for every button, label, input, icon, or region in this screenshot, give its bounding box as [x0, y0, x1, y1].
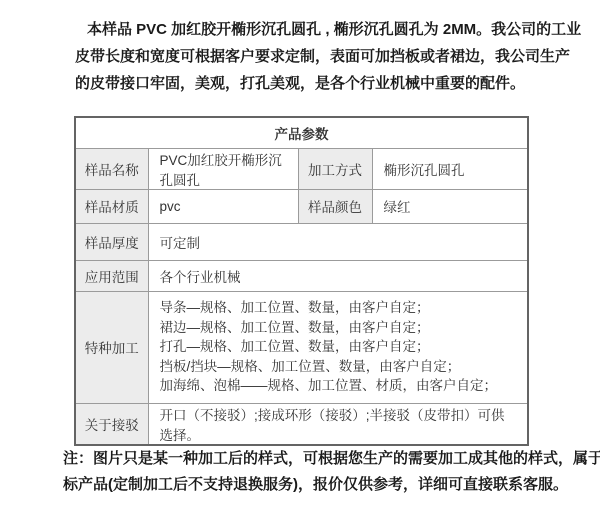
application-scope-label: 应用范围: [75, 260, 148, 291]
product-detail-page: 本样品 PVC 加红胶开椭形沉孔圆孔 , 椭形沉孔圆孔为 2MM。我公司的工业 …: [0, 0, 600, 505]
table-row: 应用范围 各个行业机械: [75, 260, 528, 291]
special-processing-line: 导条—规格、加工位置、数量，由客户自定；: [160, 298, 517, 318]
intro-paragraph: 本样品 PVC 加红胶开椭形沉孔圆孔 , 椭形沉孔圆孔为 2MM。我公司的工业 …: [75, 16, 533, 97]
intro-line: 皮带长度和宽度可根据客户要求定制，表面可加挡板或者裙边，我公司生产: [75, 43, 533, 70]
special-processing-value: 导条—规格、加工位置、数量，由客户自定； 裙边—规格、加工位置、数量，由客户自定…: [148, 291, 528, 403]
sample-name-value: PVC加红胶开椭形沉孔圆孔: [148, 148, 298, 189]
note-line: 标产品(定制加工后不支持退换服务)，报价仅供参考，详细可直接联系客服。: [63, 472, 549, 498]
sample-thickness-value: 可定制: [148, 223, 528, 260]
intro-line: 本样品 PVC 加红胶开椭形沉孔圆孔 , 椭形沉孔圆孔为 2MM。我公司的工业: [75, 16, 533, 43]
special-processing-line: 加海绵、泡棉——规格、加工位置、材质，由客户自定；: [160, 376, 517, 396]
sample-name-label: 样品名称: [75, 148, 148, 189]
table-row: 样品材质 pvc 样品颜色 绿红: [75, 189, 528, 223]
processing-method-value: 椭形沉孔圆孔: [372, 148, 528, 189]
bottom-note: 注：图片只是某一种加工后的样式，可根据您生产的需要加工成其他的样式，属于非 标产…: [63, 446, 549, 498]
table-row: 样品名称 PVC加红胶开椭形沉孔圆孔 加工方式 椭形沉孔圆孔: [75, 148, 528, 189]
sample-material-label: 样品材质: [75, 189, 148, 223]
special-processing-label: 特种加工: [75, 291, 148, 403]
table-row: 特种加工 导条—规格、加工位置、数量，由客户自定； 裙边—规格、加工位置、数量，…: [75, 291, 528, 403]
table-row: 样品厚度 可定制: [75, 223, 528, 260]
special-processing-line: 打孔—规格、加工位置、数量，由客户自定；: [160, 337, 517, 357]
joint-info-value: 开口（不接驳）;接成环形（接驳）;半接驳（皮带扣）可供选择。: [148, 403, 528, 445]
note-line: 注：图片只是某一种加工后的样式，可根据您生产的需要加工成其他的样式，属于非: [63, 446, 549, 472]
table-row: 关于接驳 开口（不接驳）;接成环形（接驳）;半接驳（皮带扣）可供选择。: [75, 403, 528, 445]
sample-material-value: pvc: [148, 189, 298, 223]
sample-color-value: 绿红: [372, 189, 528, 223]
product-params-table: 产品参数 样品名称 PVC加红胶开椭形沉孔圆孔 加工方式 椭形沉孔圆孔 样品材质…: [74, 116, 529, 446]
special-processing-line: 挡板/挡块—规格、加工位置、数量，由客户自定；: [160, 357, 517, 377]
table-title: 产品参数: [75, 117, 528, 148]
special-processing-line: 裙边—规格、加工位置、数量，由客户自定；: [160, 318, 517, 338]
table-title-row: 产品参数: [75, 117, 528, 148]
intro-line: 的皮带接口牢固，美观，打孔美观，是各个行业机械中重要的配件。: [75, 70, 533, 97]
sample-color-label: 样品颜色: [298, 189, 372, 223]
sample-thickness-label: 样品厚度: [75, 223, 148, 260]
joint-info-label: 关于接驳: [75, 403, 148, 445]
processing-method-label: 加工方式: [298, 148, 372, 189]
application-scope-value: 各个行业机械: [148, 260, 528, 291]
